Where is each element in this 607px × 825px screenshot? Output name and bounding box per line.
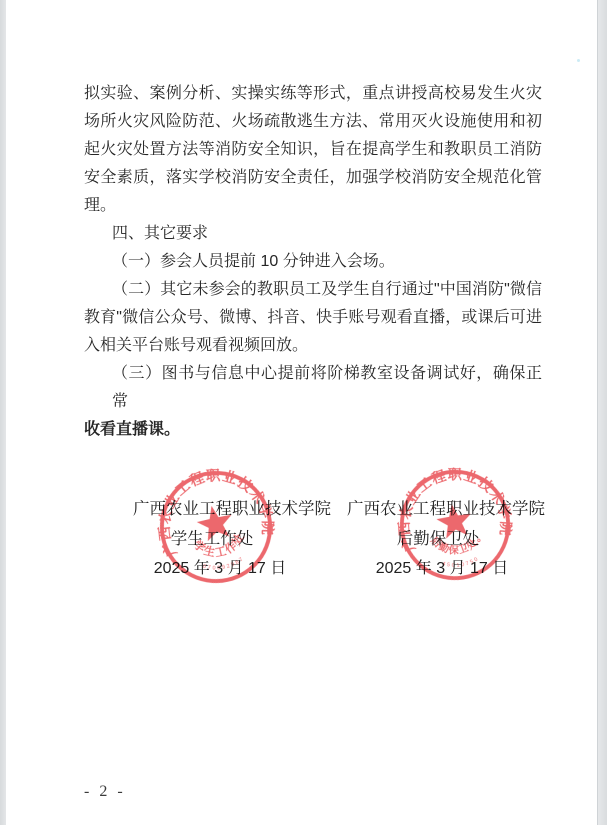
official-seal-left: 广西农业工程职业技术学院 学生工作处 070092987 — [146, 457, 286, 597]
list-item-2-line: （二）其它未参会的教职员工及学生自行通过"中国消防"微信 — [84, 276, 542, 304]
seal-dept-text: 后勤保卫处。 — [427, 526, 489, 561]
seal-serial: 45010750 — [441, 555, 482, 571]
seal-star-icon — [434, 501, 474, 539]
list-item-1: （一）参会人员提前 10 分钟进入会场。 — [84, 248, 542, 276]
list-item-2-line: 入相关平台账号观看视频回放。 — [84, 332, 542, 360]
list-item-2-line: 教育"微信公众号、微博、抖音、快手账号观看直播，或课后可进 — [84, 304, 542, 332]
scan-artifact — [577, 59, 580, 62]
svg-text:45010750: 45010750 — [441, 555, 482, 571]
list-item-3-line: （三）图书与信息中心提前将阶梯教室设备调试好，确保正常 — [84, 360, 542, 416]
scan-edge-left — [0, 0, 6, 825]
document-page: 拟实验、案例分析、实操实练等形式，重点讲授高校易发生火灾 场所火灾风险防范、火场… — [0, 0, 607, 825]
list-item-3-line-bold: 收看直播课。 — [84, 416, 542, 444]
official-seal-right: 广西农业工程职业技术学院 后勤保卫处。 45010750 — [389, 459, 522, 592]
paragraph-line: 安全素质，落实学校消防安全责任，加强学校消防安全规范化管 — [84, 164, 542, 192]
page-number: - 2 - — [84, 783, 126, 801]
paragraph-line: 理。 — [84, 192, 542, 220]
svg-text:后勤保卫处。: 后勤保卫处。 — [427, 526, 489, 561]
paragraph-line: 场所火灾风险防范、火场疏散逃生方法、常用灭火设施使用和初 — [84, 108, 542, 136]
section-heading: 四、其它要求 — [84, 220, 542, 248]
paragraph-line: 拟实验、案例分析、实操实练等形式，重点讲授高校易发生火灾 — [84, 80, 542, 108]
body-text: 拟实验、案例分析、实操实练等形式，重点讲授高校易发生火灾 场所火灾风险防范、火场… — [84, 80, 542, 444]
scan-edge-right — [597, 0, 607, 825]
seal-star-icon — [194, 502, 236, 542]
paragraph-line: 起火灾处置方法等消防安全知识，旨在提高学生和教职员工消防 — [84, 136, 542, 164]
